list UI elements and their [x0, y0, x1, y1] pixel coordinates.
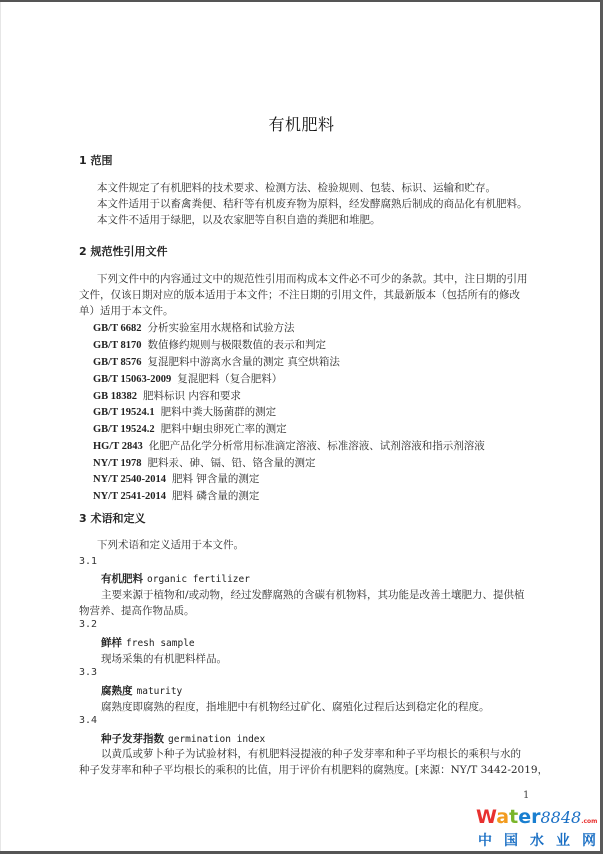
term-definition-line: 现场采集的有机肥料样品。 — [101, 651, 227, 666]
logo-letter: W — [476, 806, 496, 828]
section-heading-scope: 1 范围 — [79, 152, 112, 168]
water8848-watermark: Water8848.com 中 国 水 业 网 — [476, 806, 598, 850]
reference-code: HG/T 2843 — [93, 441, 143, 452]
term-heading: 有机肥料organic fertilizer — [101, 571, 250, 586]
reference-title: 复混肥料中游离水含量的测定 真空烘箱法 — [148, 356, 340, 368]
scope-paragraph: 本文件适用于以畜禽粪便、秸秆等有机废弃物为原料，经发酵腐熟后制成的商品化有机肥料… — [97, 197, 528, 211]
watermark-char: 中 — [478, 830, 492, 850]
document-title: 有机肥料 — [0, 112, 603, 135]
logo-letter: t — [509, 806, 518, 828]
term-zh: 鲜样 — [101, 637, 122, 649]
reference-title: 分析实验室用水规格和试验方法 — [148, 322, 295, 334]
term-en: germination index — [168, 734, 265, 745]
reference-title: 化肥产品化学分析常用标准滴定溶液、标准溶液、试剂溶液和指示剂溶液 — [149, 440, 485, 452]
watermark-chinese-name: 中 国 水 业 网 — [478, 830, 596, 850]
term-heading: 种子发芽指数germination index — [101, 731, 265, 746]
reference-code: NY/T 2541-2014 — [93, 491, 166, 502]
reference-code: GB/T 15063-2009 — [93, 374, 171, 385]
watermark-char: 网 — [582, 830, 596, 850]
reference-title: 复混肥料（复合肥料） — [177, 373, 282, 385]
term-en: organic fertilizer — [147, 574, 250, 585]
watermark-char: 水 — [530, 830, 544, 850]
watermark-char: 业 — [556, 830, 570, 850]
reference-code: GB/T 8170 — [93, 340, 142, 351]
reference-title: 肥料 磷含量的测定 — [172, 490, 259, 502]
term-en: maturity — [137, 686, 183, 697]
term-number: 3.2 — [79, 619, 97, 630]
term-en: fresh sample — [126, 638, 195, 649]
logo-letter: a — [496, 806, 509, 828]
reference-item: GB/T 6682分析实验室用水规格和试验方法 — [93, 320, 295, 335]
references-intro-line: 单）适用于本文件。 — [79, 304, 174, 318]
reference-item: GB/T 8576复混肥料中游离水含量的测定 真空烘箱法 — [93, 354, 340, 369]
terms-intro: 下列术语和定义适用于本文件。 — [97, 538, 244, 552]
term-number: 3.1 — [79, 556, 97, 567]
page-number: 1 — [523, 790, 529, 801]
watermark-logo: Water8848.com — [476, 806, 597, 828]
reference-title: 数值修约规则与极限数值的表示和判定 — [148, 339, 327, 351]
logo-suffix: .com — [581, 818, 597, 825]
reference-item: NY/T 2540-2014肥料 钾含量的测定 — [93, 471, 259, 486]
term-definition-line: 主要来源于植物和/或动物，经过发酵腐熟的含碳有机物料，其功能是改善土壤肥力、提供… — [101, 587, 525, 602]
reference-item: GB/T 15063-2009复混肥料（复合肥料） — [93, 371, 282, 386]
scope-paragraph: 本文件不适用于绿肥，以及农家肥等自积自造的粪肥和堆肥。 — [97, 213, 381, 227]
reference-code: GB/T 19524.2 — [93, 424, 155, 435]
term-heading: 鲜样fresh sample — [101, 635, 195, 650]
references-intro-line: 下列文件中的内容通过文中的规范性引用而构成本文件必不可少的条款。其中，注日期的引… — [97, 272, 528, 286]
scope-paragraph: 本文件规定了有机肥料的技术要求、检测方法、检验规则、包装、标识、运输和贮存。 — [97, 181, 496, 195]
reference-item: NY/T 1978肥料汞、砷、镉、铅、铬含量的测定 — [93, 455, 316, 470]
logo-number: 8848 — [540, 808, 581, 827]
reference-code: GB/T 19524.1 — [93, 407, 155, 418]
reference-item: GB 18382肥料标识 内容和要求 — [93, 388, 241, 403]
term-number: 3.3 — [79, 667, 97, 678]
reference-title: 肥料中粪大肠菌群的测定 — [161, 406, 277, 418]
section-heading-normative-references: 2 规范性引用文件 — [79, 243, 167, 259]
term-definition-line: 以黄瓜或萝卜种子为试验材料，有机肥料浸提液的种子发芽率和种子平均根长的乘积与水的 — [101, 746, 521, 761]
reference-title: 肥料标识 内容和要求 — [143, 390, 241, 402]
document-page: 有机肥料 1 范围 本文件规定了有机肥料的技术要求、检测方法、检验规则、包装、标… — [0, 0, 600, 851]
reference-item: NY/T 2541-2014肥料 磷含量的测定 — [93, 488, 259, 503]
reference-code: NY/T 2540-2014 — [93, 474, 166, 485]
watermark-char: 国 — [504, 830, 518, 850]
reference-item: GB/T 19524.1肥料中粪大肠菌群的测定 — [93, 404, 276, 419]
reference-code: GB 18382 — [93, 391, 137, 402]
reference-title: 肥料汞、砷、镉、铅、铬含量的测定 — [148, 457, 316, 469]
term-definition-line: 腐熟度即腐熟的程度，指堆肥中有机物经过矿化、腐殖化过程后达到稳定化的程度。 — [101, 699, 490, 714]
term-definition-line: 物营养、提高作物品质。 — [79, 603, 195, 618]
term-zh: 有机肥料 — [101, 573, 143, 585]
reference-code: GB/T 8576 — [93, 357, 142, 368]
logo-letter: e — [518, 806, 531, 828]
reference-item: HG/T 2843化肥产品化学分析常用标准滴定溶液、标准溶液、试剂溶液和指示剂溶… — [93, 438, 485, 453]
term-definition-line: 种子发芽率和种子平均根长的乘积的比值，用于评价有机肥料的腐熟度。[来源：NY/T… — [79, 762, 548, 777]
reference-code: NY/T 1978 — [93, 458, 142, 469]
term-zh: 腐熟度 — [101, 685, 133, 697]
reference-code: GB/T 6682 — [93, 323, 142, 334]
section-heading-terms-definitions: 3 术语和定义 — [79, 510, 145, 526]
reference-title: 肥料中蛔虫卵死亡率的测定 — [161, 423, 287, 435]
reference-title: 肥料 钾含量的测定 — [172, 473, 259, 485]
term-heading: 腐熟度maturity — [101, 683, 182, 698]
reference-item: GB/T 19524.2肥料中蛔虫卵死亡率的测定 — [93, 421, 287, 436]
reference-item: GB/T 8170数值修约规则与极限数值的表示和判定 — [93, 337, 326, 352]
term-zh: 种子发芽指数 — [101, 733, 164, 745]
references-intro-line: 文件，仅该日期对应的版本适用于本文件；不注日期的引用文件，其最新版本（包括所有的… — [79, 288, 520, 302]
term-number: 3.4 — [79, 715, 97, 726]
